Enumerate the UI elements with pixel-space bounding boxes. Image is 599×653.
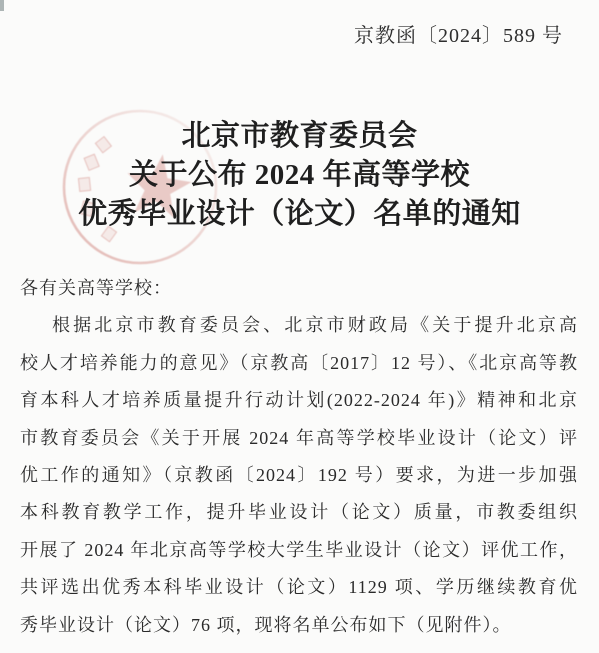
- document-title: 北京市教育委员会 关于公布 2024 年高等学校 优秀毕业设计（论文）名单的通知: [0, 117, 599, 234]
- scan-artifact: [0, 0, 4, 11]
- title-line-3: 优秀毕业设计（论文）名单的通知: [0, 195, 599, 234]
- body-line: 校人才培养能力的意见》（京教高〔2017〕12 号）、《北京高等教: [20, 345, 578, 382]
- title-line-1: 北京市教育委员会: [0, 117, 599, 156]
- document-number: 京教函〔2024〕589 号: [354, 19, 563, 48]
- title-line-2: 关于公布 2024 年高等学校: [0, 156, 599, 195]
- body-line: 本科教育教学工作，提升毕业设计（论文）质量，市教委组织: [20, 494, 578, 531]
- body-line: 市教育委员会《关于开展 2024 年高等学校毕业设计（论文）评: [20, 420, 578, 457]
- salutation: 各有关高等学校：: [20, 270, 578, 307]
- body-line: 根据北京市教育委员会、北京市财政局《关于提升北京高: [20, 307, 578, 344]
- body-line: 育本科人才培养质量提升行动计划(2022-2024 年)》精神和北京: [20, 382, 578, 419]
- document-page: 京教函〔2024〕589 号: [0, 0, 599, 653]
- body-line: 开展了 2024 年北京高等学校大学生毕业设计（论文）评优工作，: [20, 532, 578, 569]
- body-line: 秀毕业设计（论文）76 项，现将名单公布如下（见附件）。: [20, 607, 578, 644]
- document-body: 各有关高等学校： 根据北京市教育委员会、北京市财政局《关于提升北京高 校人才培养…: [20, 270, 578, 644]
- body-line: 共评选出优秀本科毕业设计（论文）1129 项、学历继续教育优: [20, 569, 578, 606]
- body-line: 优工作的通知》（京教函〔2024〕192 号）要求，为进一步加强: [20, 457, 578, 494]
